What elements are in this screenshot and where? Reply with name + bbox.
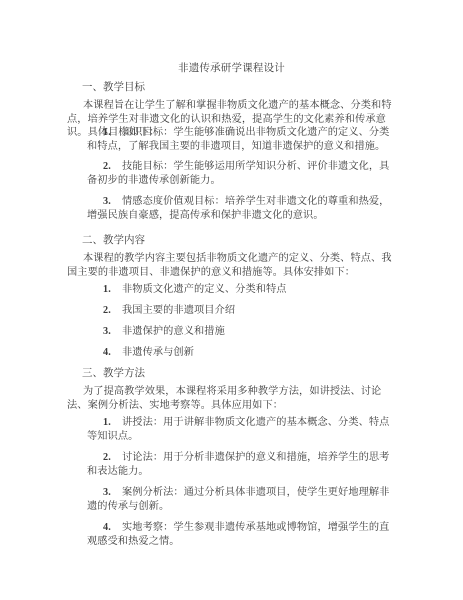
list-item: 2.讨论法：用于分析非遗保护的意义和措施，培养学生的思考和表达能力。 (87, 451, 397, 478)
section-intro-paragraph: 为了提高教学效果，本课程将采用多种教学方法，如讲授法、讨论法、案例分析法、实地考… (67, 385, 397, 412)
document-title: 非遗传承研学课程设计 (0, 61, 463, 75)
list-item-text: 情感态度价值观目标：培养学生对非遗文化的尊重和热爱，增强民族自豪感，提高传承和保… (87, 196, 389, 221)
list-item: 1.非物质文化遗产的定义、分类和特点 (87, 283, 397, 297)
list-item-text: 非遗传承与创新 (122, 347, 194, 358)
list-item-number: 1. (103, 416, 122, 430)
list-item: 1.讲授法：用于讲解非物质文化遗产的基本概念、分类、特点等知识点。 (87, 416, 397, 443)
list-item-text: 知识目标：学生能够准确说出非物质文化遗产的定义、分类和特点，了解我国主要的非遗项… (87, 127, 389, 152)
list-item: 3.情感态度价值观目标：培养学生对非遗文化的尊重和热爱，增强民族自豪感，提高传承… (87, 195, 397, 222)
list-item: 4.实地考察：学生参观非遗传承基地或博物馆，增强学生的直观感受和热爱之情。 (87, 521, 397, 548)
document-page: 非遗传承研学课程设计 一、教学目标 本课程旨在让学生了解和掌握非物质文化遗产的基… (0, 0, 463, 600)
list-item-text: 讨论法：用于分析非遗保护的意义和措施，培养学生的思考和表达能力。 (87, 452, 389, 477)
list-item: 3.非遗保护的意义和措施 (87, 325, 397, 339)
list-item: 1.知识目标：学生能够准确说出非物质文化遗产的定义、分类和特点，了解我国主要的非… (87, 126, 397, 153)
list-item: 4.非遗传承与创新 (87, 346, 397, 360)
list-item-number: 3. (103, 486, 122, 500)
list-item: 3.案例分析法：通过分析具体非遗项目，使学生更好地理解非遗的传承与创新。 (87, 486, 397, 513)
list-item-number: 4. (103, 521, 122, 535)
list-item-text: 实地考察：学生参观非遗传承基地或博物馆，增强学生的直观感受和热爱之情。 (87, 522, 389, 547)
list-item-number: 3. (103, 195, 122, 209)
list-item-text: 技能目标：学生能够运用所学知识分析、评价非遗文化，具备初步的非遗传承创新能力。 (87, 161, 389, 186)
section-intro-paragraph: 本课程的教学内容主要包括非物质文化遗产的定义、分类、特点、我国主要的非遗项目、非… (67, 252, 397, 279)
list-item: 2.我国主要的非遗项目介绍 (87, 304, 397, 318)
section-heading-teaching-methods: 三、教学方法 (82, 366, 145, 380)
list-item-text: 讲授法：用于讲解非物质文化遗产的基本概念、分类、特点等知识点。 (87, 417, 389, 442)
list-item-number: 2. (103, 451, 122, 465)
list-item-number: 2. (103, 304, 122, 318)
list-item-number: 3. (103, 325, 122, 339)
list-item-number: 1. (103, 126, 122, 140)
section-heading-teaching-objectives: 一、教学目标 (82, 80, 145, 94)
list-item-number: 2. (103, 160, 122, 174)
list-item: 2.技能目标：学生能够运用所学知识分析、评价非遗文化，具备初步的非遗传承创新能力… (87, 160, 397, 187)
list-item-text: 非物质文化遗产的定义、分类和特点 (122, 284, 287, 295)
list-item-text: 我国主要的非遗项目介绍 (122, 305, 235, 316)
list-item-number: 4. (103, 346, 122, 360)
section-heading-teaching-content: 二、教学内容 (82, 233, 145, 247)
list-item-text: 非遗保护的意义和措施 (122, 326, 225, 337)
list-item-text: 案例分析法：通过分析具体非遗项目，使学生更好地理解非遗的传承与创新。 (87, 487, 389, 512)
list-item-number: 1. (103, 283, 122, 297)
